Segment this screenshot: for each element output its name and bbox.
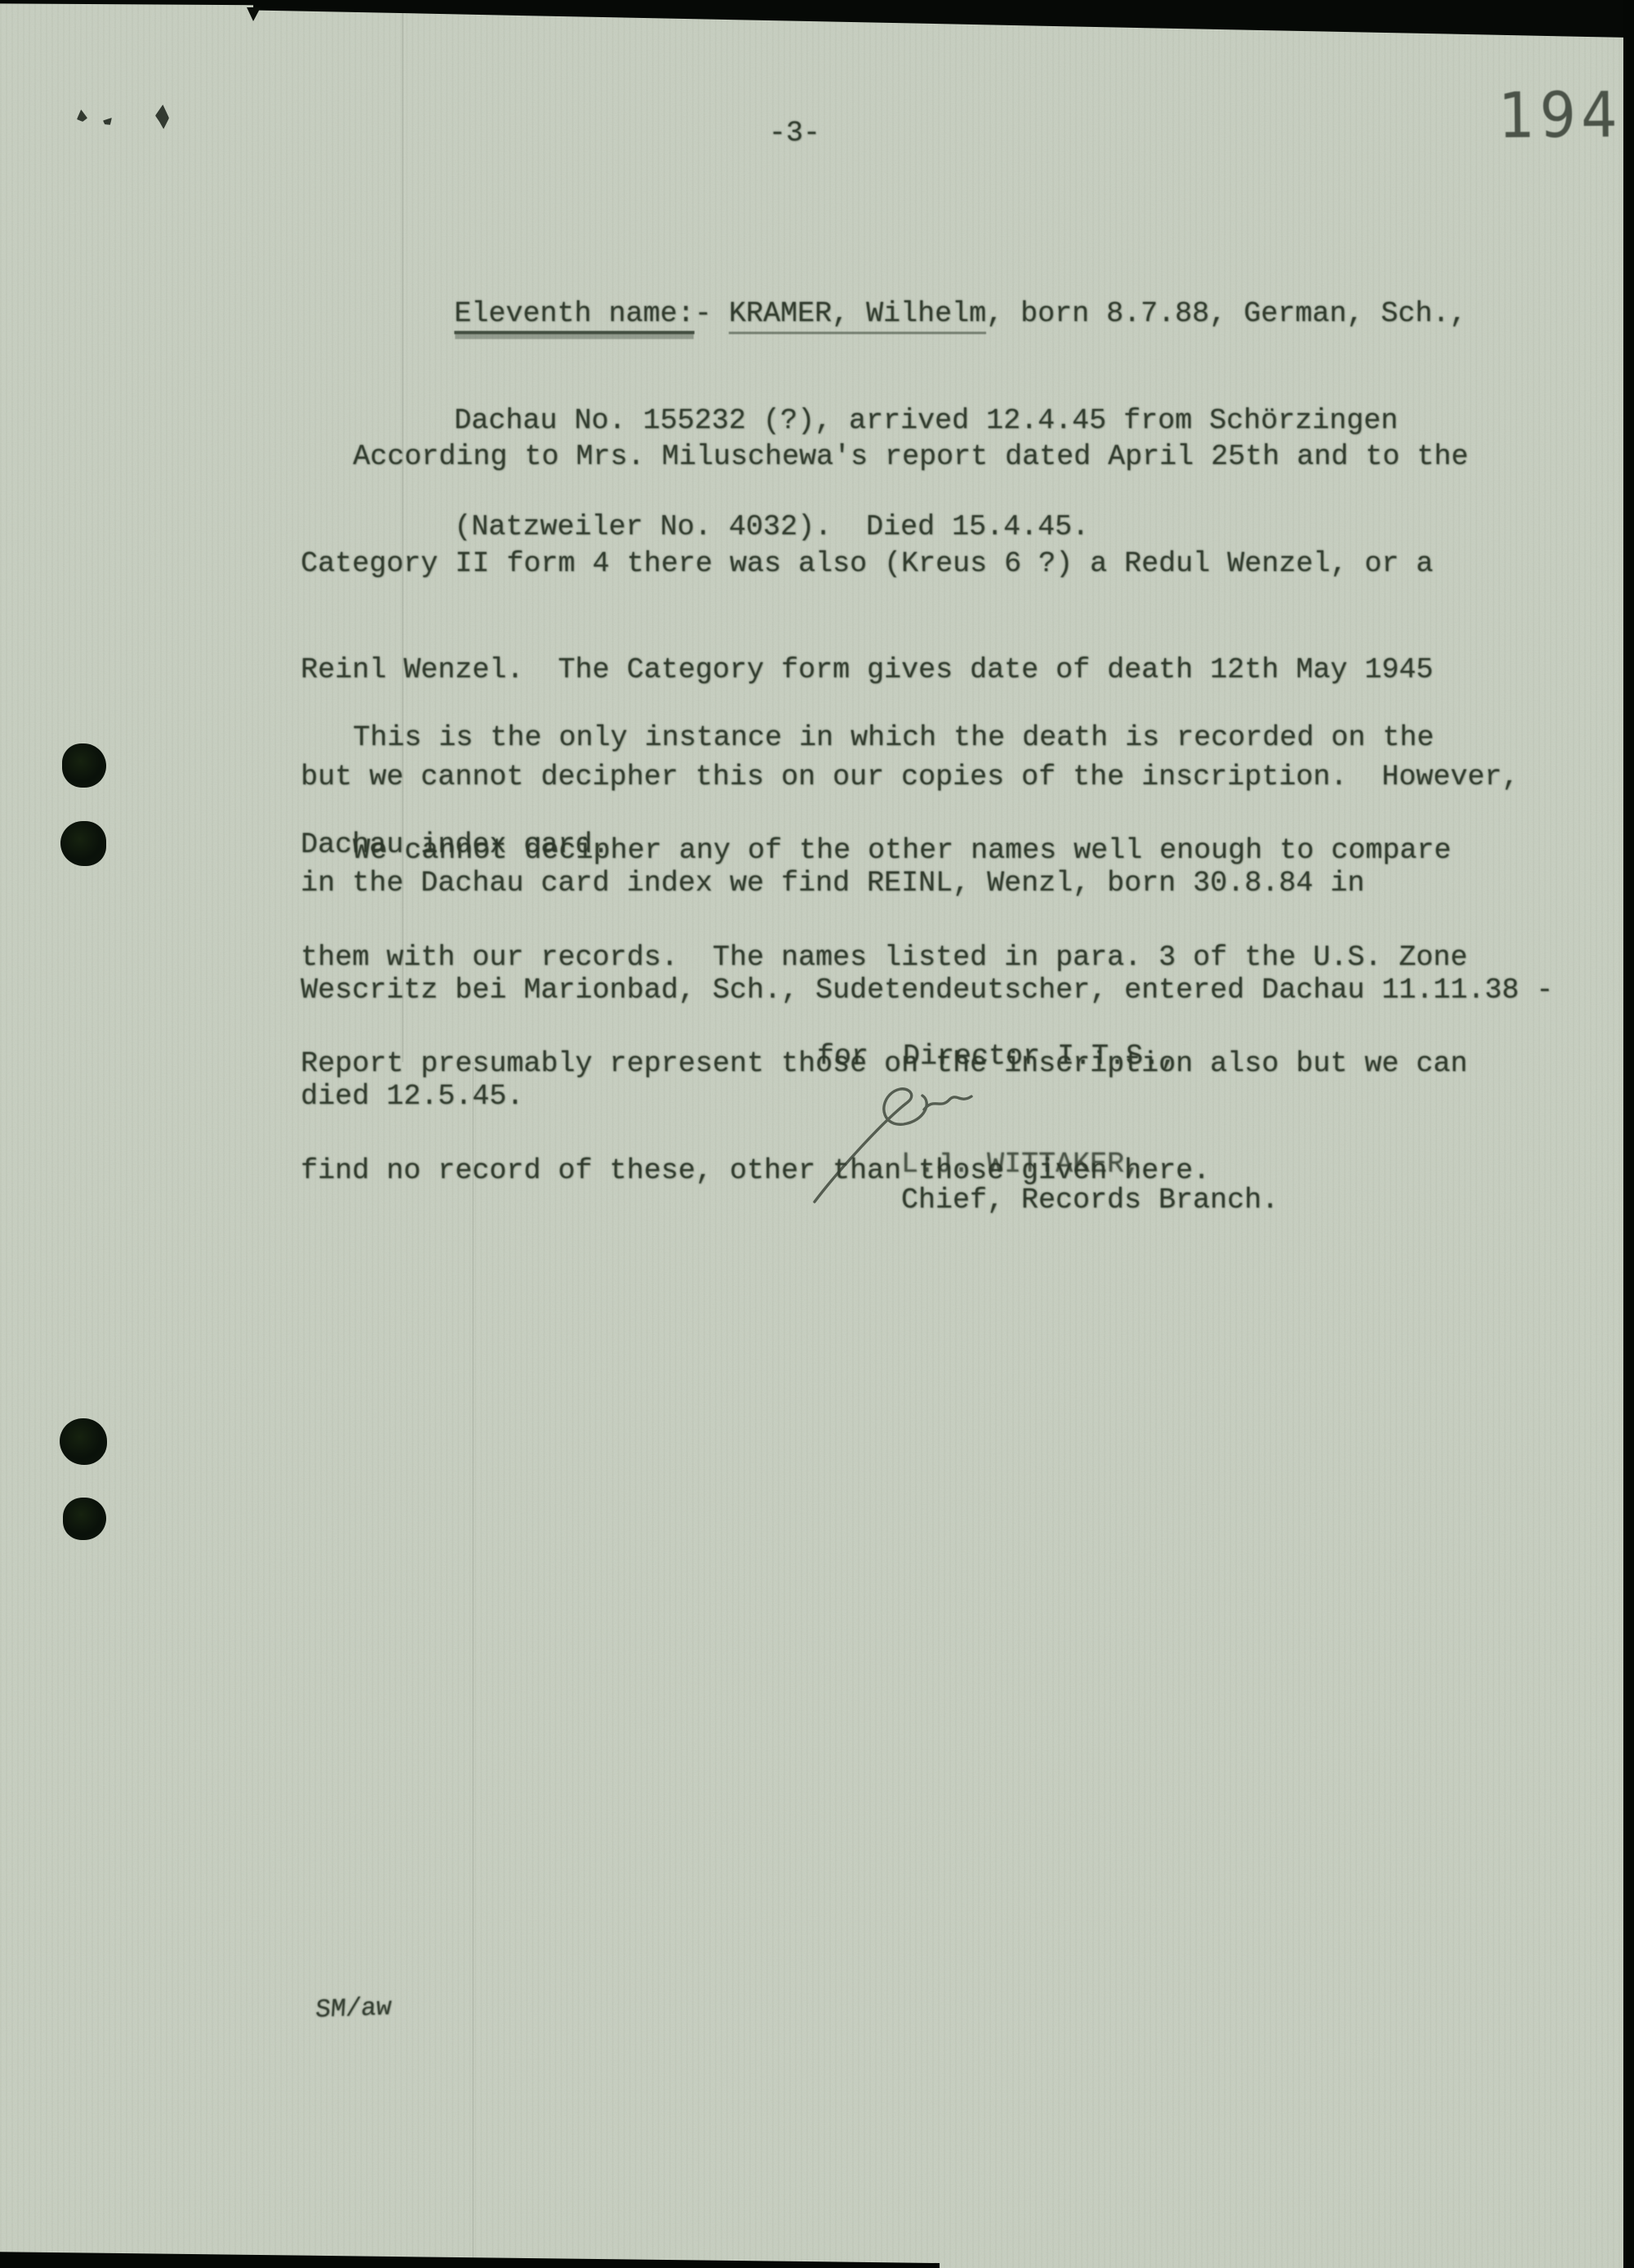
text-line: Category II form 4 there was also (Kreus… xyxy=(301,547,1553,583)
text-line: We cannot decipher any of the other name… xyxy=(301,833,1467,869)
line-remainder: , born 8.7.88, German, Sch., xyxy=(986,297,1467,330)
hole-punch xyxy=(60,821,106,866)
scan-edge-bottom xyxy=(0,2249,940,2268)
hole-punch xyxy=(62,743,106,788)
text-line: Eleventh name:- KRAMER, Wilhelm, born 8.… xyxy=(454,297,1467,333)
ink-speck xyxy=(103,118,112,125)
document-page: 194 -3- Eleventh name:- KRAMER, Wilhelm,… xyxy=(0,0,1634,2268)
typist-initials: SM/aw xyxy=(315,1990,393,2029)
ink-speck xyxy=(155,105,169,129)
page-label: -3- xyxy=(769,116,820,152)
closing-for-director-line: for Director I.T.S., xyxy=(817,1039,1177,1075)
signer-title-line: Chief, Records Branch. xyxy=(901,1183,1279,1219)
prisoner-name-underlined: KRAMER, Wilhelm xyxy=(729,297,986,334)
text-line: them with our records. The names listed … xyxy=(301,940,1467,976)
page-number-stamp: 194 xyxy=(1498,78,1623,153)
edge-tear-mark xyxy=(247,7,261,21)
hole-punch xyxy=(63,1498,106,1540)
dash-separator: - xyxy=(694,297,729,330)
hole-punch xyxy=(60,1418,107,1465)
ink-speck xyxy=(77,109,87,122)
scan-edge-right xyxy=(1623,0,1634,2268)
signer-name-line: L.J. WITTAKER, xyxy=(901,1147,1141,1183)
text-line: This is the only instance in which the d… xyxy=(301,721,1434,757)
text-line: According to Mrs. Miluschewa's report da… xyxy=(301,440,1553,475)
scan-edge-top xyxy=(0,0,1634,39)
underlined-heading: Eleventh name: xyxy=(454,297,694,334)
